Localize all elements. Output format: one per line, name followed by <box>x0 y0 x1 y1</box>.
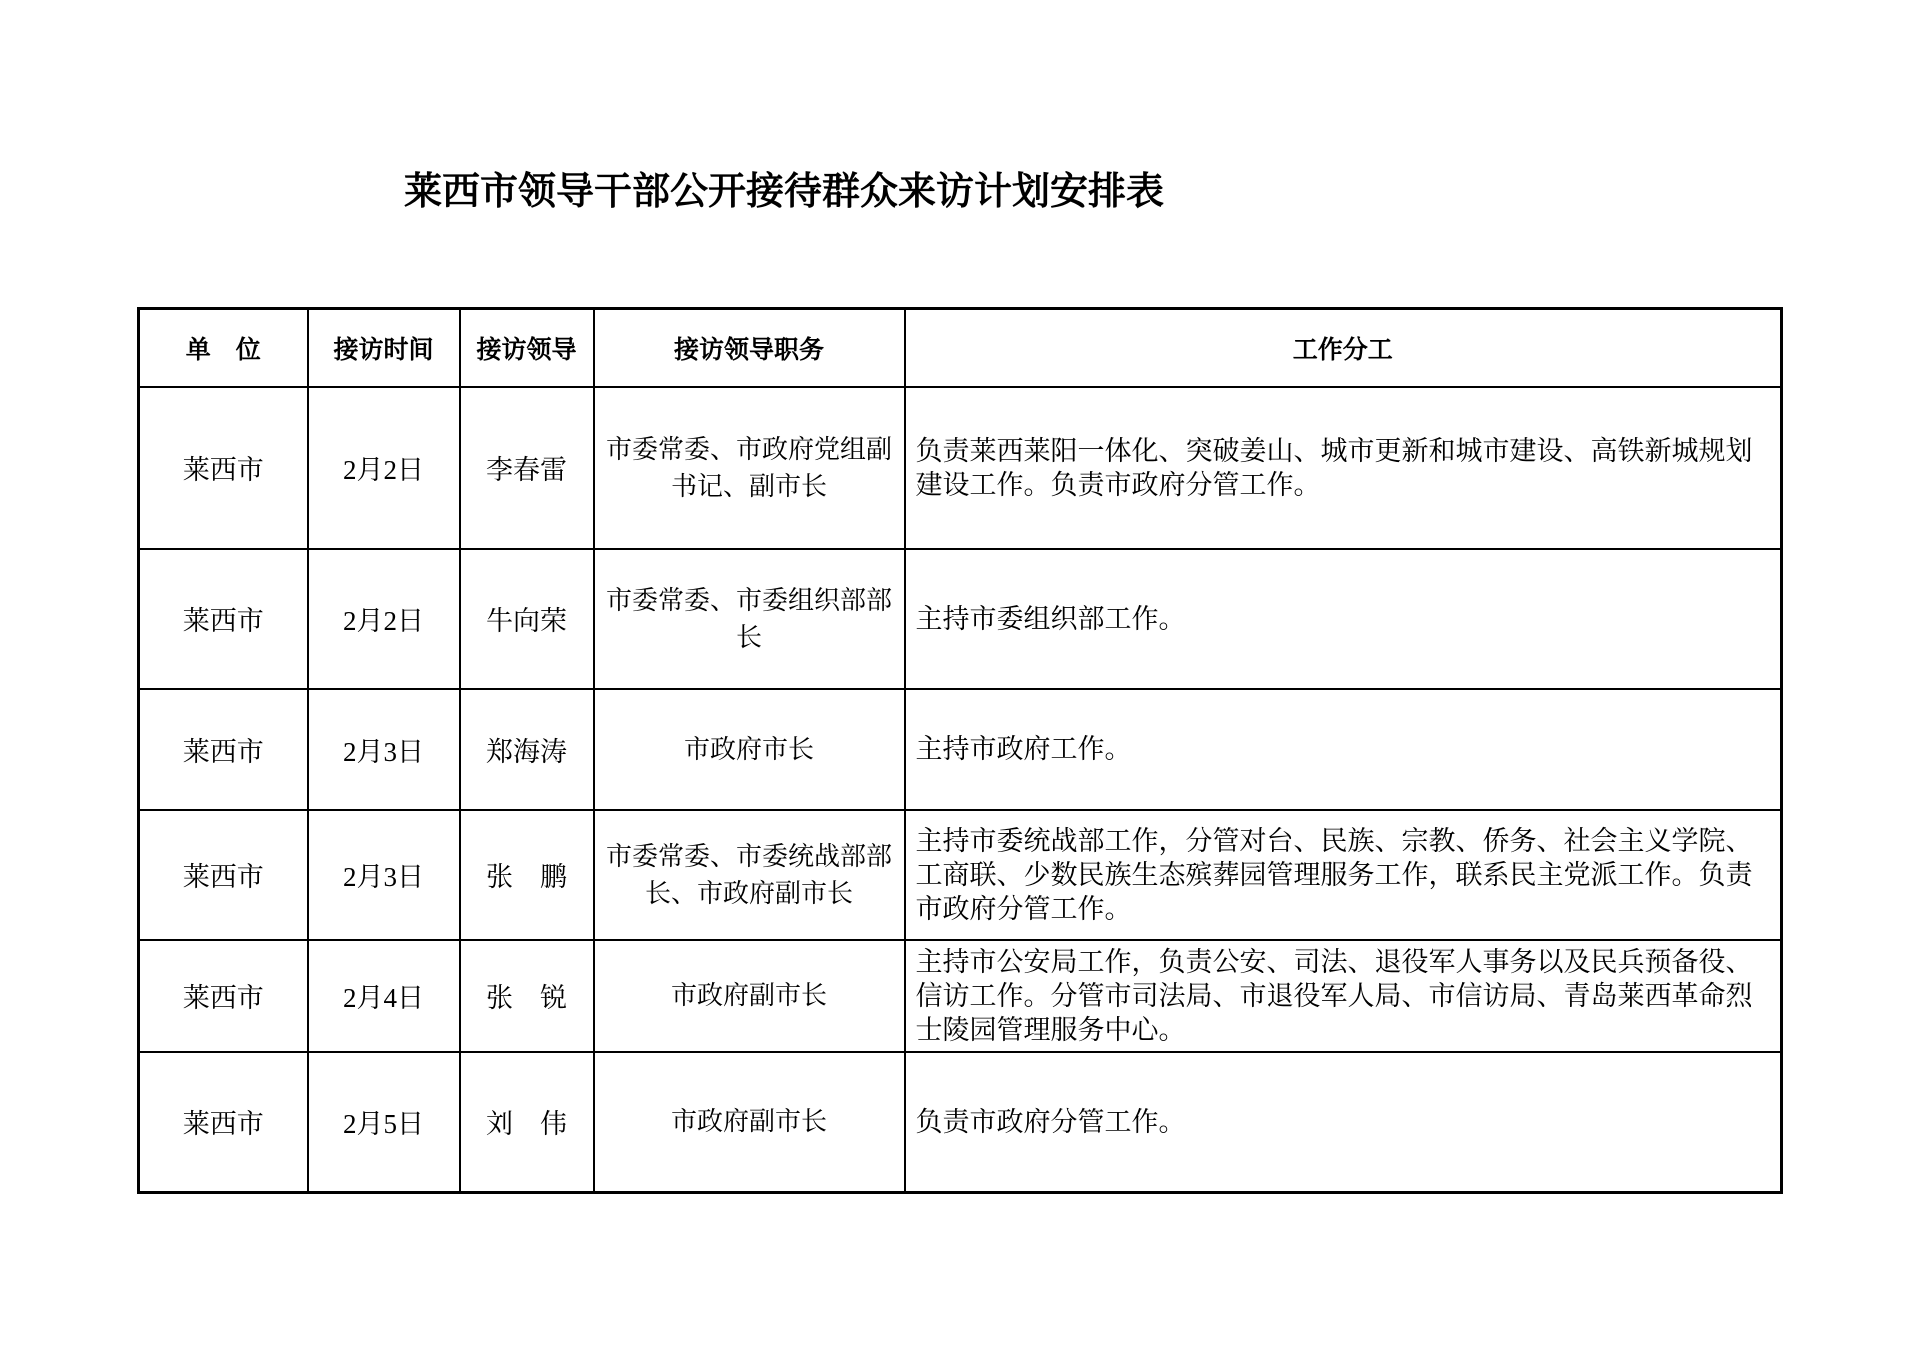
cell-unit: 莱西市 <box>139 810 308 940</box>
cell-position: 市政府副市长 <box>594 1052 905 1193</box>
cell-work: 主持市委组织部工作。 <box>905 549 1782 689</box>
reception-schedule-table: 单 位 接访时间 接访领导 接访领导职务 工作分工 莱西市 2月2日 李春雷 市… <box>137 307 1783 1194</box>
cell-time: 2月5日 <box>308 1052 460 1193</box>
cell-leader: 刘 伟 <box>460 1052 594 1193</box>
header-unit: 单 位 <box>139 309 308 387</box>
cell-work: 主持市委统战部工作，分管对台、民族、宗教、侨务、社会主义学院、工商联、少数民族生… <box>905 810 1782 940</box>
cell-work: 主持市政府工作。 <box>905 689 1782 810</box>
page-title: 莱西市领导干部公开接待群众来访计划安排表 <box>404 168 1164 216</box>
cell-work: 负责莱西莱阳一体化、突破姜山、城市更新和城市建设、高铁新城规划建设工作。负责市政… <box>905 387 1782 549</box>
table-row: 莱西市 2月2日 牛向荣 市委常委、市委组织部部长 主持市委组织部工作。 <box>139 549 1782 689</box>
table-row: 莱西市 2月2日 李春雷 市委常委、市政府党组副书记、副市长 负责莱西莱阳一体化… <box>139 387 1782 549</box>
cell-position: 市委常委、市委组织部部长 <box>594 549 905 689</box>
header-work: 工作分工 <box>905 309 1782 387</box>
cell-unit: 莱西市 <box>139 689 308 810</box>
cell-leader: 郑海涛 <box>460 689 594 810</box>
cell-time: 2月3日 <box>308 810 460 940</box>
cell-unit: 莱西市 <box>139 1052 308 1193</box>
table-row: 莱西市 2月5日 刘 伟 市政府副市长 负责市政府分管工作。 <box>139 1052 1782 1193</box>
table-row: 莱西市 2月3日 张 鹏 市委常委、市委统战部部长、市政府副市长 主持市委统战部… <box>139 810 1782 940</box>
table-header-row: 单 位 接访时间 接访领导 接访领导职务 工作分工 <box>139 309 1782 387</box>
cell-time: 2月2日 <box>308 549 460 689</box>
cell-leader: 牛向荣 <box>460 549 594 689</box>
cell-work: 负责市政府分管工作。 <box>905 1052 1782 1193</box>
cell-time: 2月3日 <box>308 689 460 810</box>
cell-unit: 莱西市 <box>139 387 308 549</box>
cell-time: 2月4日 <box>308 940 460 1052</box>
header-time: 接访时间 <box>308 309 460 387</box>
cell-work: 主持市公安局工作，负责公安、司法、退役军人事务以及民兵预备役、信访工作。分管市司… <box>905 940 1782 1052</box>
document-page: { "document": { "title": "莱西市领导干部公开接待群众来… <box>0 0 1920 1358</box>
cell-position: 市政府市长 <box>594 689 905 810</box>
cell-leader: 张 锐 <box>460 940 594 1052</box>
header-position: 接访领导职务 <box>594 309 905 387</box>
header-leader: 接访领导 <box>460 309 594 387</box>
cell-position: 市委常委、市委统战部部长、市政府副市长 <box>594 810 905 940</box>
cell-position: 市政府副市长 <box>594 940 905 1052</box>
table-row: 莱西市 2月3日 郑海涛 市政府市长 主持市政府工作。 <box>139 689 1782 810</box>
cell-time: 2月2日 <box>308 387 460 549</box>
cell-unit: 莱西市 <box>139 549 308 689</box>
cell-leader: 张 鹏 <box>460 810 594 940</box>
cell-leader: 李春雷 <box>460 387 594 549</box>
table-row: 莱西市 2月4日 张 锐 市政府副市长 主持市公安局工作，负责公安、司法、退役军… <box>139 940 1782 1052</box>
cell-position: 市委常委、市政府党组副书记、副市长 <box>594 387 905 549</box>
cell-unit: 莱西市 <box>139 940 308 1052</box>
